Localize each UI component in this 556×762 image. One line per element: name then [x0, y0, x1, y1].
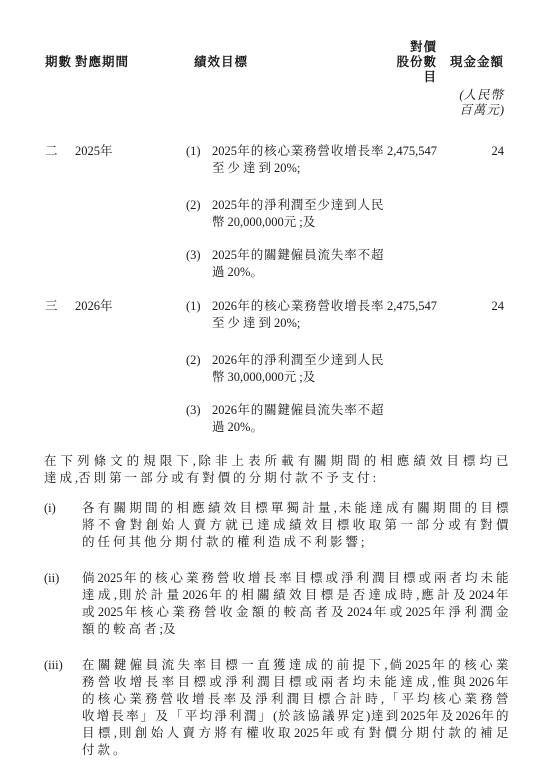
text-line: 收增長率」及「平均淨利潤」(於該協議界定)達到2025年及2026年的 — [82, 708, 510, 725]
target-item: (1)2026年的核心業務營收增長率至少達到20%; — [186, 298, 384, 332]
target-item-text: 2025年的淨利潤至少達到人民幣20,000,000元;及 — [212, 197, 384, 231]
period-number: 二 — [45, 143, 75, 281]
target-item-text: 2026年的核心業務營收增長率至少達到20%; — [212, 298, 384, 332]
text-line: 2026年的淨利潤至少達到人民 — [212, 352, 384, 369]
target-item: (1)2025年的核心業務營收增長率至少達到20%; — [186, 143, 384, 177]
text-line: 在下列條文的規限下,除非上表所載有關期間的相應績效目標均已 — [44, 453, 510, 470]
period-number: 三 — [45, 298, 75, 436]
cash-amount-value: 24 — [437, 298, 504, 436]
period-label: 2026年 — [75, 298, 186, 436]
target-item: (2)2026年的淨利潤至少達到人民幣30,000,000元;及 — [186, 352, 384, 386]
body-text: 在下列條文的規限下,除非上表所載有關期間的相應績效目標均已達成,否則第一部分或有… — [44, 453, 510, 759]
target-item: (3)2026年的關鍵僱員流失率不超過20%。 — [186, 402, 384, 436]
target-item-number: (1) — [186, 143, 212, 177]
target-item-text: 2025年的關鍵僱員流失率不超過20%。 — [212, 247, 384, 281]
list-item: (iii)在關鍵僱員流失率目標一直獲達成的前提下,倘2025年的核心業務營收增長… — [44, 657, 510, 759]
text-line: 或2025年核心業務營收金額的較高者及2024年或2025年淨利潤金 — [82, 604, 510, 621]
text-line: 過20%。 — [212, 419, 384, 436]
text-line: 2025年的淨利潤至少達到人民 — [212, 197, 384, 214]
col-header-period: 對應期間 — [75, 55, 186, 85]
cash-unit-note-line1: (人民幣 — [437, 88, 504, 103]
target-item-text: 2026年的淨利潤至少達到人民幣30,000,000元;及 — [212, 352, 384, 386]
table-header-row-3: (人民幣 百萬元) — [45, 88, 504, 118]
target-item-text: 2026年的關鍵僱員流失率不超過20%。 — [212, 402, 384, 436]
col-header-consideration: 對價 — [384, 40, 437, 55]
col-header-cash: 現金金額 — [437, 55, 504, 85]
text-line: 至少達到20%; — [212, 160, 384, 177]
text-line: 至少達到20%; — [212, 315, 384, 332]
table-header-row-1: 對價 — [45, 40, 504, 55]
intro-paragraph: 在下列條文的規限下,除非上表所載有關期間的相應績效目標均已達成,否則第一部分或有… — [44, 453, 510, 487]
conditions-list: (i)各有關期間的相應績效目標單獨計量,未能達成有關期間的目標將不會對創始人賣方… — [44, 500, 510, 759]
text-line: 達成,否則第一部分或有對價的分期付款不予支付: — [44, 470, 510, 487]
col-header-shares: 股份數目 — [384, 55, 437, 85]
target-item-number: (2) — [186, 197, 212, 231]
list-item: (i)各有關期間的相應績效目標單獨計量,未能達成有關期間的目標將不會對創始人賣方… — [44, 500, 510, 551]
text-line: 倘2025年的核心業務營收增長率目標或淨利潤目標或兩者均未能 — [82, 570, 510, 587]
list-item: (ii)倘2025年的核心業務營收增長率目標或淨利潤目標或兩者均未能達成,則於計… — [44, 570, 510, 638]
list-item-text: 各有關期間的相應績效目標單獨計量,未能達成有關期間的目標將不會對創始人賣方就已達… — [82, 500, 510, 551]
text-line: 額的較高者;及 — [82, 621, 510, 638]
text-line: 各有關期間的相應績效目標單獨計量,未能達成有關期間的目標 — [82, 500, 510, 517]
cash-unit-note-line2: 百萬元) — [437, 103, 504, 118]
text-line: 2026年的關鍵僱員流失率不超 — [212, 402, 384, 419]
table-row: 三2026年(1)2026年的核心業務營收增長率至少達到20%;(2)2026年… — [45, 298, 504, 436]
text-line: 幣20,000,000元;及 — [212, 214, 384, 231]
text-line: 過20%。 — [212, 264, 384, 281]
text-line: 務營收增長率目標或淨利潤目標或兩者均未能達成,惟與2026年 — [82, 674, 510, 691]
list-item-text: 在關鍵僱員流失率目標一直獲達成的前提下,倘2025年的核心業務營收增長率目標或淨… — [82, 657, 510, 759]
table-header-row-2: 期數 對應期間 績效目標 股份數目 現金金額 — [45, 55, 504, 85]
performance-targets: (1)2025年的核心業務營收增長率至少達到20%;(2)2025年的淨利潤至少… — [186, 143, 384, 281]
text-line: 將不會對創始人賣方就已達成績效目標收取第一部分或有對價 — [82, 517, 510, 534]
target-item-number: (1) — [186, 298, 212, 332]
text-line: 2025年的核心業務營收增長率 — [212, 143, 384, 160]
cash-unit-note: (人民幣 百萬元) — [437, 88, 504, 118]
text-line: 達成,則於計量2026年的相關績效目標是否達成時,應計及2024年 — [82, 587, 510, 604]
text-line: 目標,則創始人賣方將有權收取2025年或有對價分期付款的補足 — [82, 725, 510, 742]
text-line: 2026年的核心業務營收增長率 — [212, 298, 384, 315]
consideration-table: 對價 期數 對應期間 績效目標 股份數目 現金金額 (人民幣 百萬元) 二202… — [45, 40, 504, 436]
col-header-period-no: 期數 — [45, 55, 75, 85]
consideration-shares-value: 2,475,547 — [384, 298, 437, 436]
table-row: 二2025年(1)2025年的核心業務營收增長率至少達到20%;(2)2025年… — [45, 143, 504, 281]
target-item: (2)2025年的淨利潤至少達到人民幣20,000,000元;及 — [186, 197, 384, 231]
consideration-shares-value: 2,475,547 — [384, 143, 437, 281]
target-item-number: (3) — [186, 402, 212, 436]
text-line: 在關鍵僱員流失率目標一直獲達成的前提下,倘2025年的核心業 — [82, 657, 510, 674]
cash-amount-value: 24 — [437, 143, 504, 281]
performance-targets: (1)2026年的核心業務營收增長率至少達到20%;(2)2026年的淨利潤至少… — [186, 298, 384, 436]
target-item-number: (2) — [186, 352, 212, 386]
target-item-text: 2025年的核心業務營收增長率至少達到20%; — [212, 143, 384, 177]
target-item-number: (3) — [186, 247, 212, 281]
list-item-marker: (i) — [44, 500, 82, 551]
text-line: 付款。 — [82, 742, 510, 759]
period-label: 2025年 — [75, 143, 186, 281]
text-line: 的任何其他分期付款的權利造成不利影響; — [82, 534, 510, 551]
table-body: 二2025年(1)2025年的核心業務營收增長率至少達到20%;(2)2025年… — [45, 143, 504, 436]
col-header-targets: 績效目標 — [186, 55, 384, 85]
list-item-text: 倘2025年的核心業務營收增長率目標或淨利潤目標或兩者均未能達成,則於計量202… — [82, 570, 510, 638]
target-item: (3)2025年的關鍵僱員流失率不超過20%。 — [186, 247, 384, 281]
list-item-marker: (iii) — [44, 657, 82, 759]
text-line: 幣30,000,000元;及 — [212, 369, 384, 386]
list-item-marker: (ii) — [44, 570, 82, 638]
document-page: 對價 期數 對應期間 績效目標 股份數目 現金金額 (人民幣 百萬元) 二202… — [0, 0, 556, 762]
text-line: 2025年的關鍵僱員流失率不超 — [212, 247, 384, 264]
text-line: 的核心業務營收增長率及淨利潤目標合計時,「平均核心業務營 — [82, 691, 510, 708]
